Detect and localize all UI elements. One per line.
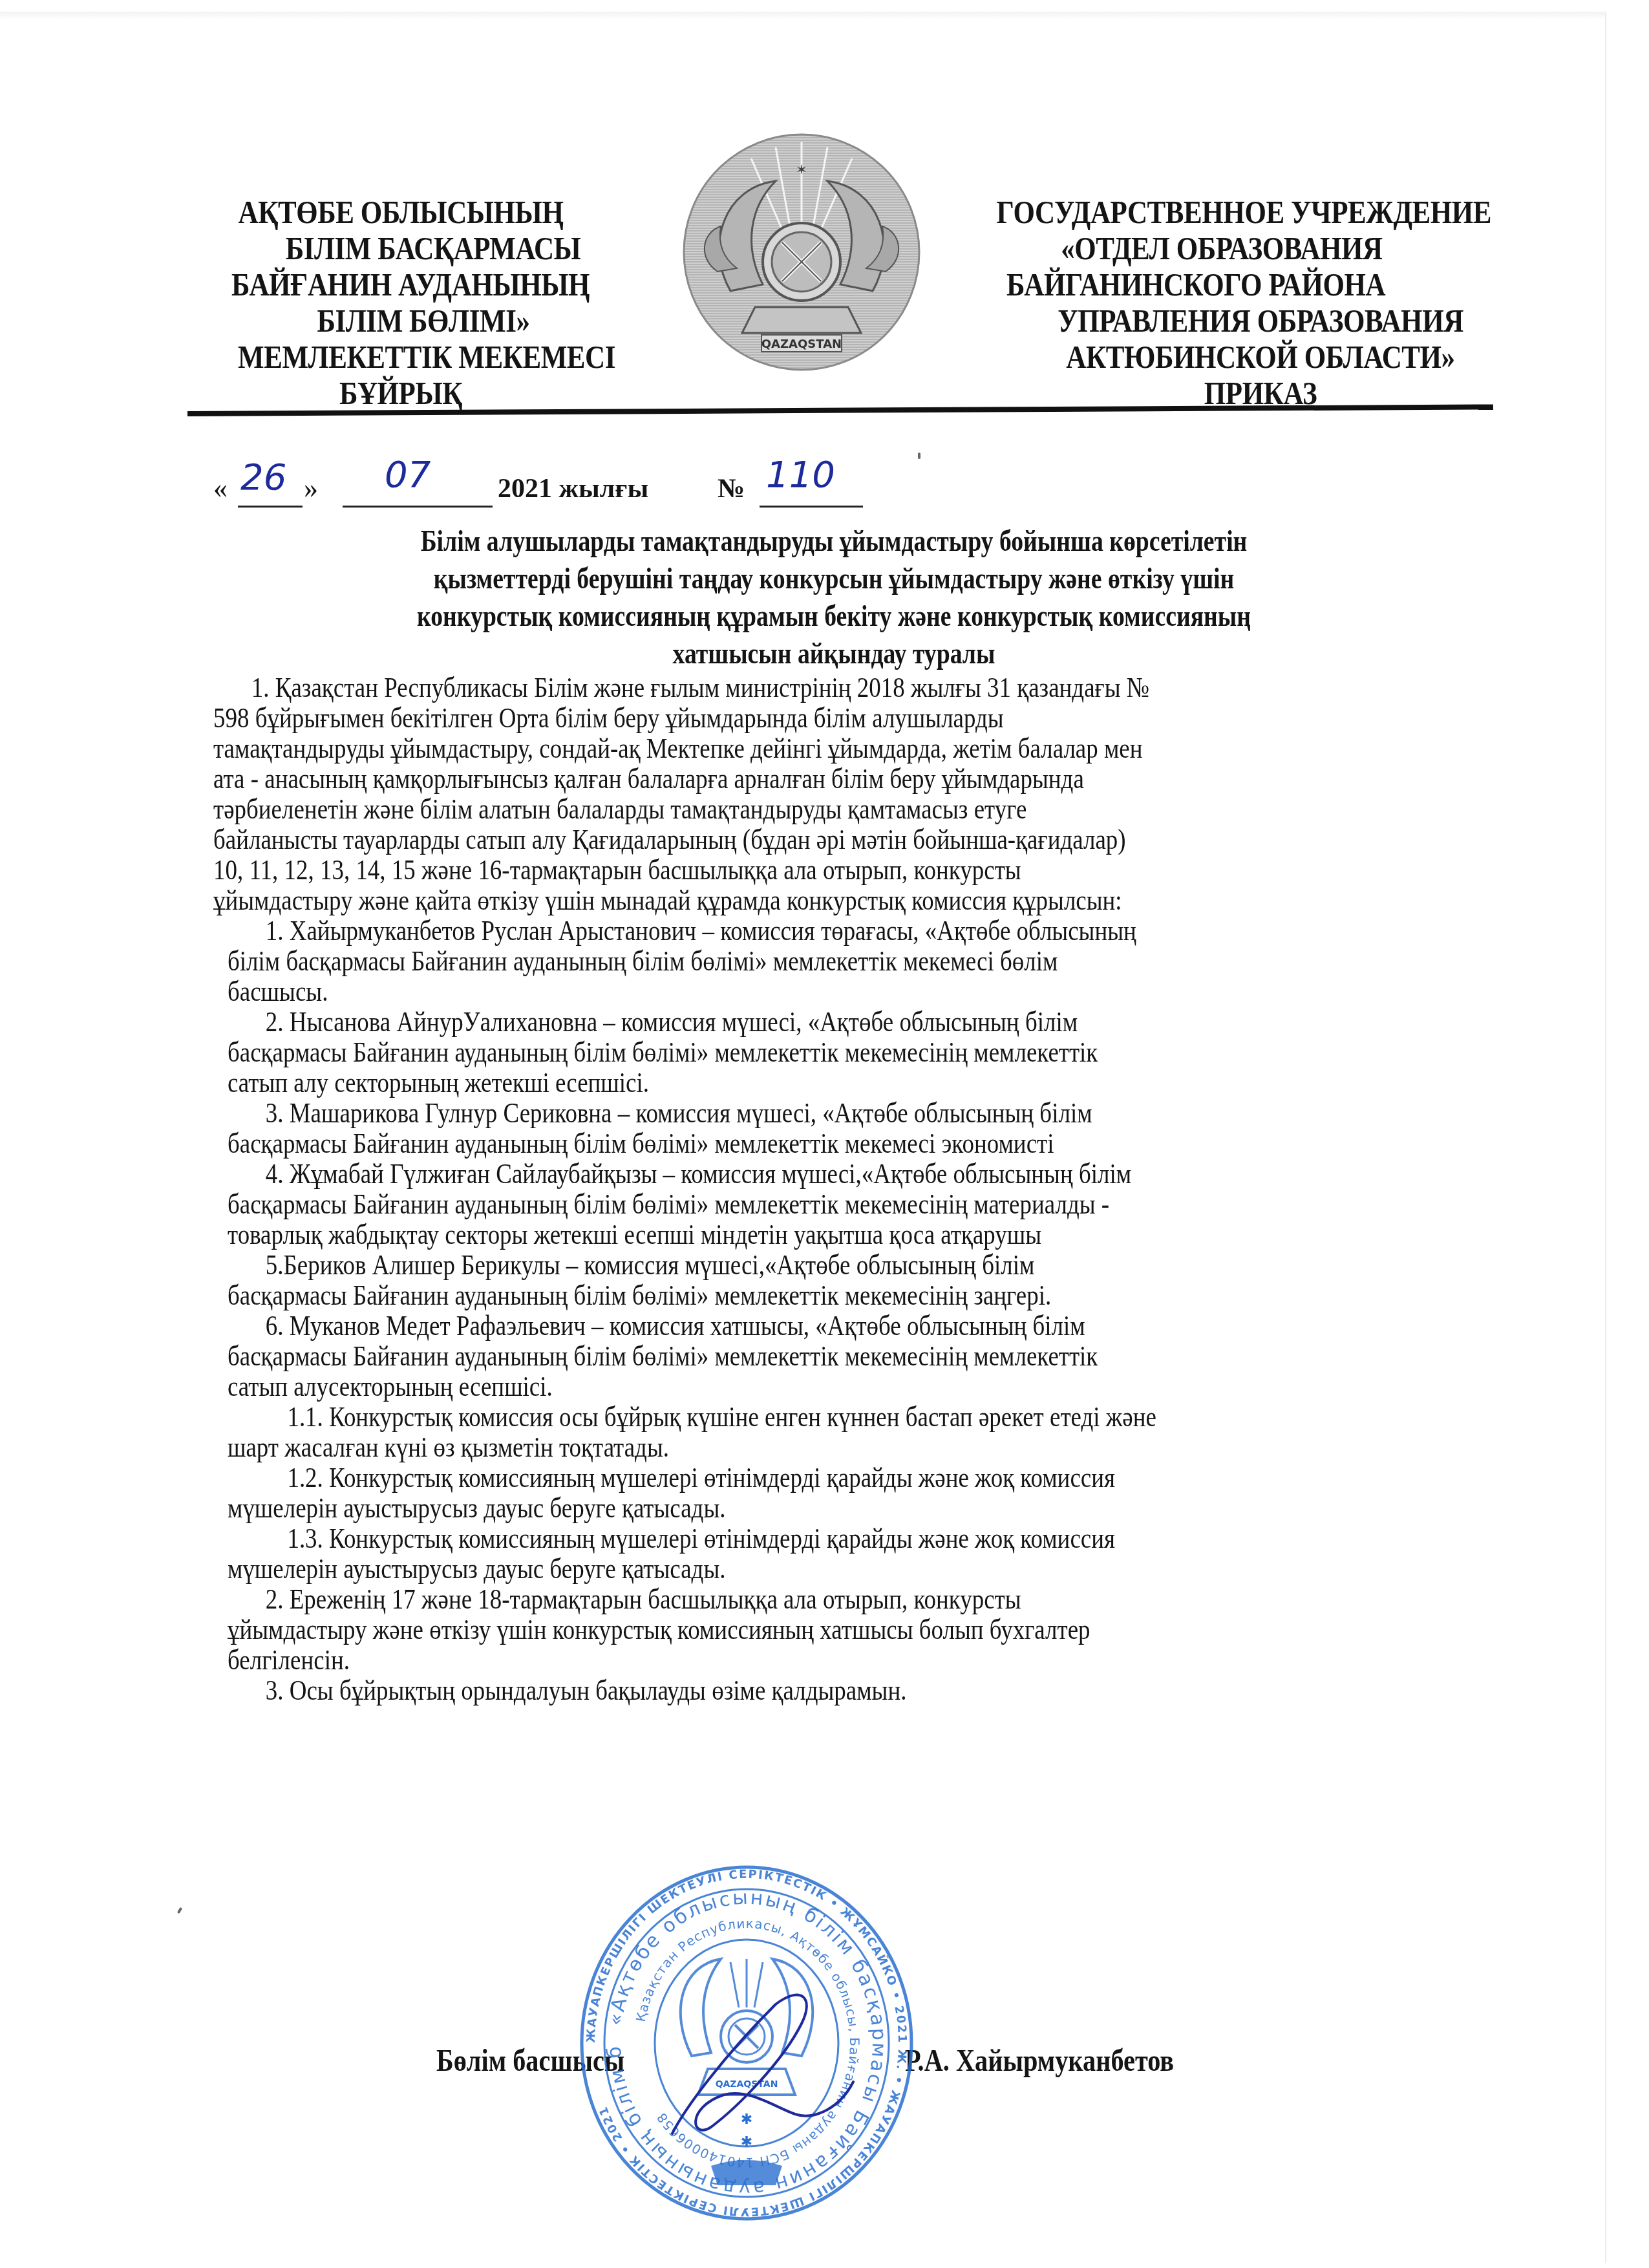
title-line: хатшысын айқындау туралы: [309, 635, 1359, 672]
body-line: ұйымдастыру және өткізу үшін конкурстық …: [228, 1614, 1307, 1645]
scan-speck: [918, 453, 920, 459]
member-2: 2. Нысанова АйнурУалихановна – комиссия …: [213, 1007, 1513, 1098]
body-line: тәрбиеленетін және білім алатын балалард…: [213, 794, 1304, 824]
body-line: мүшелерін ауыстырусыз дауыс беруге қатыс…: [228, 1554, 1307, 1584]
header-ru-line: ГОСУДАРСТВЕННОЕ УЧРЕЖДЕНИЕ: [997, 194, 1486, 230]
header-kz-line: АҚТӨБЕ ОБЛЫСЫНЫҢ: [173, 194, 628, 230]
body-line: басқармасы Байғанин ауданының білім бөлі…: [228, 1280, 1307, 1311]
header-ru-line: УПРАВЛЕНИЯ ОБРАЗОВАНИЯ: [1032, 303, 1488, 339]
year-label: 2021 жылғы: [498, 473, 648, 504]
body-line: 3. Осы бұйрықтың орындалуын бақылауды өз…: [228, 1675, 1307, 1706]
body-line: белгіленсін.: [228, 1645, 1307, 1675]
title-line: конкурстық комиссияның құрамын бекіту жә…: [309, 597, 1359, 635]
header-ru-line: БАЙГАНИНСКОГО РАЙОНА: [912, 266, 1479, 303]
body-line: 2. Ереженің 17 және 18-тармақтарын басшы…: [228, 1584, 1307, 1614]
body-line: басқармасы Байғанин ауданының білім бөлі…: [228, 1189, 1307, 1219]
paragraph-3: 3. Осы бұйрықтың орындалуын бақылауды өз…: [213, 1675, 1513, 1706]
member-4: 4. Жұмабай Гүлжиған Сайлаубайқызы – коми…: [213, 1159, 1513, 1250]
body-line: басқармасы Байғанин ауданының білім бөлі…: [228, 1037, 1307, 1067]
body-line: товарлық жабдықтау секторы жетекші есепш…: [228, 1219, 1307, 1250]
header-kz-line: МЕМЛЕКЕТТІК МЕКЕМЕСІ: [221, 339, 632, 375]
clause-1-3: 1.3. Конкурстық комиссияның мүшелері өті…: [213, 1523, 1513, 1584]
handwritten-month: 07: [385, 454, 431, 496]
scan-top-shading: [0, 12, 1606, 19]
body-line: басқармасы Байғанин ауданының білім бөлі…: [228, 1128, 1307, 1159]
header-kz-line: БАЙҒАНИН АУДАНЫНЫҢ: [191, 266, 630, 303]
body-line: шарт жасалған күні өз қызметін тоқтатады…: [228, 1432, 1307, 1462]
body-line: 2. Нысанова АйнурУалихановна – комиссия …: [228, 1007, 1307, 1037]
title-line: қызметтерді берушіні таңдау конкурсын ұй…: [309, 560, 1359, 597]
header-ru-line: «ОТДЕЛ ОБРАЗОВАНИЯ: [961, 230, 1483, 266]
handwritten-day: 26: [240, 456, 286, 498]
header-institution-kz: АҚТӨБЕ ОБЛЫСЫНЫҢ БІЛІМ БАСҚАРМАСЫ БАЙҒАН…: [175, 194, 666, 411]
state-emblem-icon: QAZAQSTAN ✶: [679, 129, 924, 375]
body-line: тамақтандыруды ұйымдастыру, сондай-ақ Ме…: [213, 733, 1304, 764]
order-title: Білім алушыларды тамақтандыруды ұйымдаст…: [194, 522, 1474, 672]
member-1: 1. Хайырмуканбетов Руслан Арыстанович – …: [213, 915, 1513, 1007]
title-line: Білім алушыларды тамақтандыруды ұйымдаст…: [309, 522, 1359, 560]
scan-page-edge: [1605, 13, 1606, 2263]
body-line: білім басқармасы Байғанин ауданының білі…: [228, 946, 1307, 976]
day-underline: [238, 506, 303, 508]
body-line: мүшелерін ауыстырусыз дауыс беруге қатыс…: [228, 1493, 1307, 1523]
body-line: 5.Бериков Алишер Берикулы – комиссия мүш…: [228, 1250, 1307, 1280]
order-date-number: « 26 » 07 2021 жылғы № 110: [213, 453, 989, 511]
header-kz-line: БІЛІМ БАСҚАРМАСЫ: [233, 230, 633, 266]
body-line: 4. Жұмабай Гүлжиған Сайлаубайқызы – коми…: [228, 1159, 1307, 1189]
body-line: 1. Хайырмуканбетов Руслан Арыстанович – …: [228, 915, 1307, 946]
paragraph-2: 2. Ереженің 17 және 18-тармақтарын басшы…: [213, 1584, 1513, 1675]
body-line: 10, 11, 12, 13, 14, 15 және 16-тармақтар…: [213, 855, 1304, 885]
handwritten-order-number: 110: [766, 454, 835, 496]
svg-text:QAZAQSTAN: QAZAQSTAN: [761, 337, 842, 351]
header-kz-line: БІЛІМ БӨЛІМІ»: [215, 303, 632, 339]
number-sign: №: [718, 473, 745, 504]
body-line: 598 бұйрығымен бекітілген Орта білім бер…: [213, 703, 1304, 733]
number-underline: [760, 506, 863, 508]
body-line: 1. Қазақстан Республикасы Білім және ғыл…: [213, 672, 1304, 703]
handwritten-signature: [646, 1978, 866, 2146]
body-line: 6. Муканов Медет Рафаэльевич – комиссия …: [228, 1311, 1307, 1341]
body-line: ұйымдастыру және қайта өткізу үшін мынад…: [213, 885, 1304, 915]
paragraph-1-intro: 1. Қазақстан Республикасы Білім және ғыл…: [213, 672, 1513, 915]
body-line: 1.1. Конкурстық комиссия осы бұйрық күші…: [228, 1402, 1307, 1432]
body-line: басқармасы Байғанин ауданының білім бөлі…: [228, 1341, 1307, 1371]
signatory-name: Р.А. Хайырмуканбетов: [905, 2043, 1174, 2079]
month-underline: [343, 506, 493, 508]
member-6: 6. Муканов Медет Рафаэльевич – комиссия …: [213, 1311, 1513, 1402]
clause-1-2: 1.2. Конкурстық комиссияның мүшелері өті…: [213, 1462, 1513, 1523]
order-body: 1. Қазақстан Республикасы Білім және ғыл…: [213, 672, 1513, 1706]
body-line: сатып алусекторының есепшісі.: [228, 1371, 1307, 1402]
body-line: байланысты тауарларды сатып алу Қағидала…: [213, 824, 1304, 855]
clause-1-1: 1.1. Конкурстық комиссия осы бұйрық күші…: [213, 1402, 1513, 1462]
header-kz-doc-type: БҰЙРЫҚ: [173, 375, 628, 411]
body-line: сатып алу секторының жетекші есепшісі.: [228, 1067, 1307, 1098]
member-3: 3. Машарикова Гулнур Сериковна – комисси…: [213, 1098, 1513, 1159]
body-line: 1.3. Конкурстық комиссияның мүшелері өті…: [228, 1523, 1307, 1554]
header-ru-line: АКТЮБИНСКОЙ ОБЛАСТИ»: [1032, 339, 1488, 375]
body-line: 3. Машарикова Гулнур Сериковна – комисси…: [228, 1098, 1307, 1128]
body-line: ата - анасының қамқорлығынсыз қалған бал…: [213, 764, 1304, 794]
scan-speck: [177, 1907, 182, 1914]
date-open-quote: «: [213, 472, 228, 505]
svg-text:✶: ✶: [796, 162, 807, 178]
member-5: 5.Бериков Алишер Берикулы – комиссия мүш…: [213, 1250, 1513, 1311]
header-institution-ru: ГОСУДАРСТВЕННОЕ УЧРЕЖДЕНИЕ «ОТДЕЛ ОБРАЗО…: [918, 194, 1526, 411]
body-line: басшысы.: [228, 976, 1307, 1007]
body-line: 1.2. Конкурстық комиссияның мүшелері өті…: [228, 1462, 1307, 1493]
date-close-quote: »: [304, 472, 318, 505]
